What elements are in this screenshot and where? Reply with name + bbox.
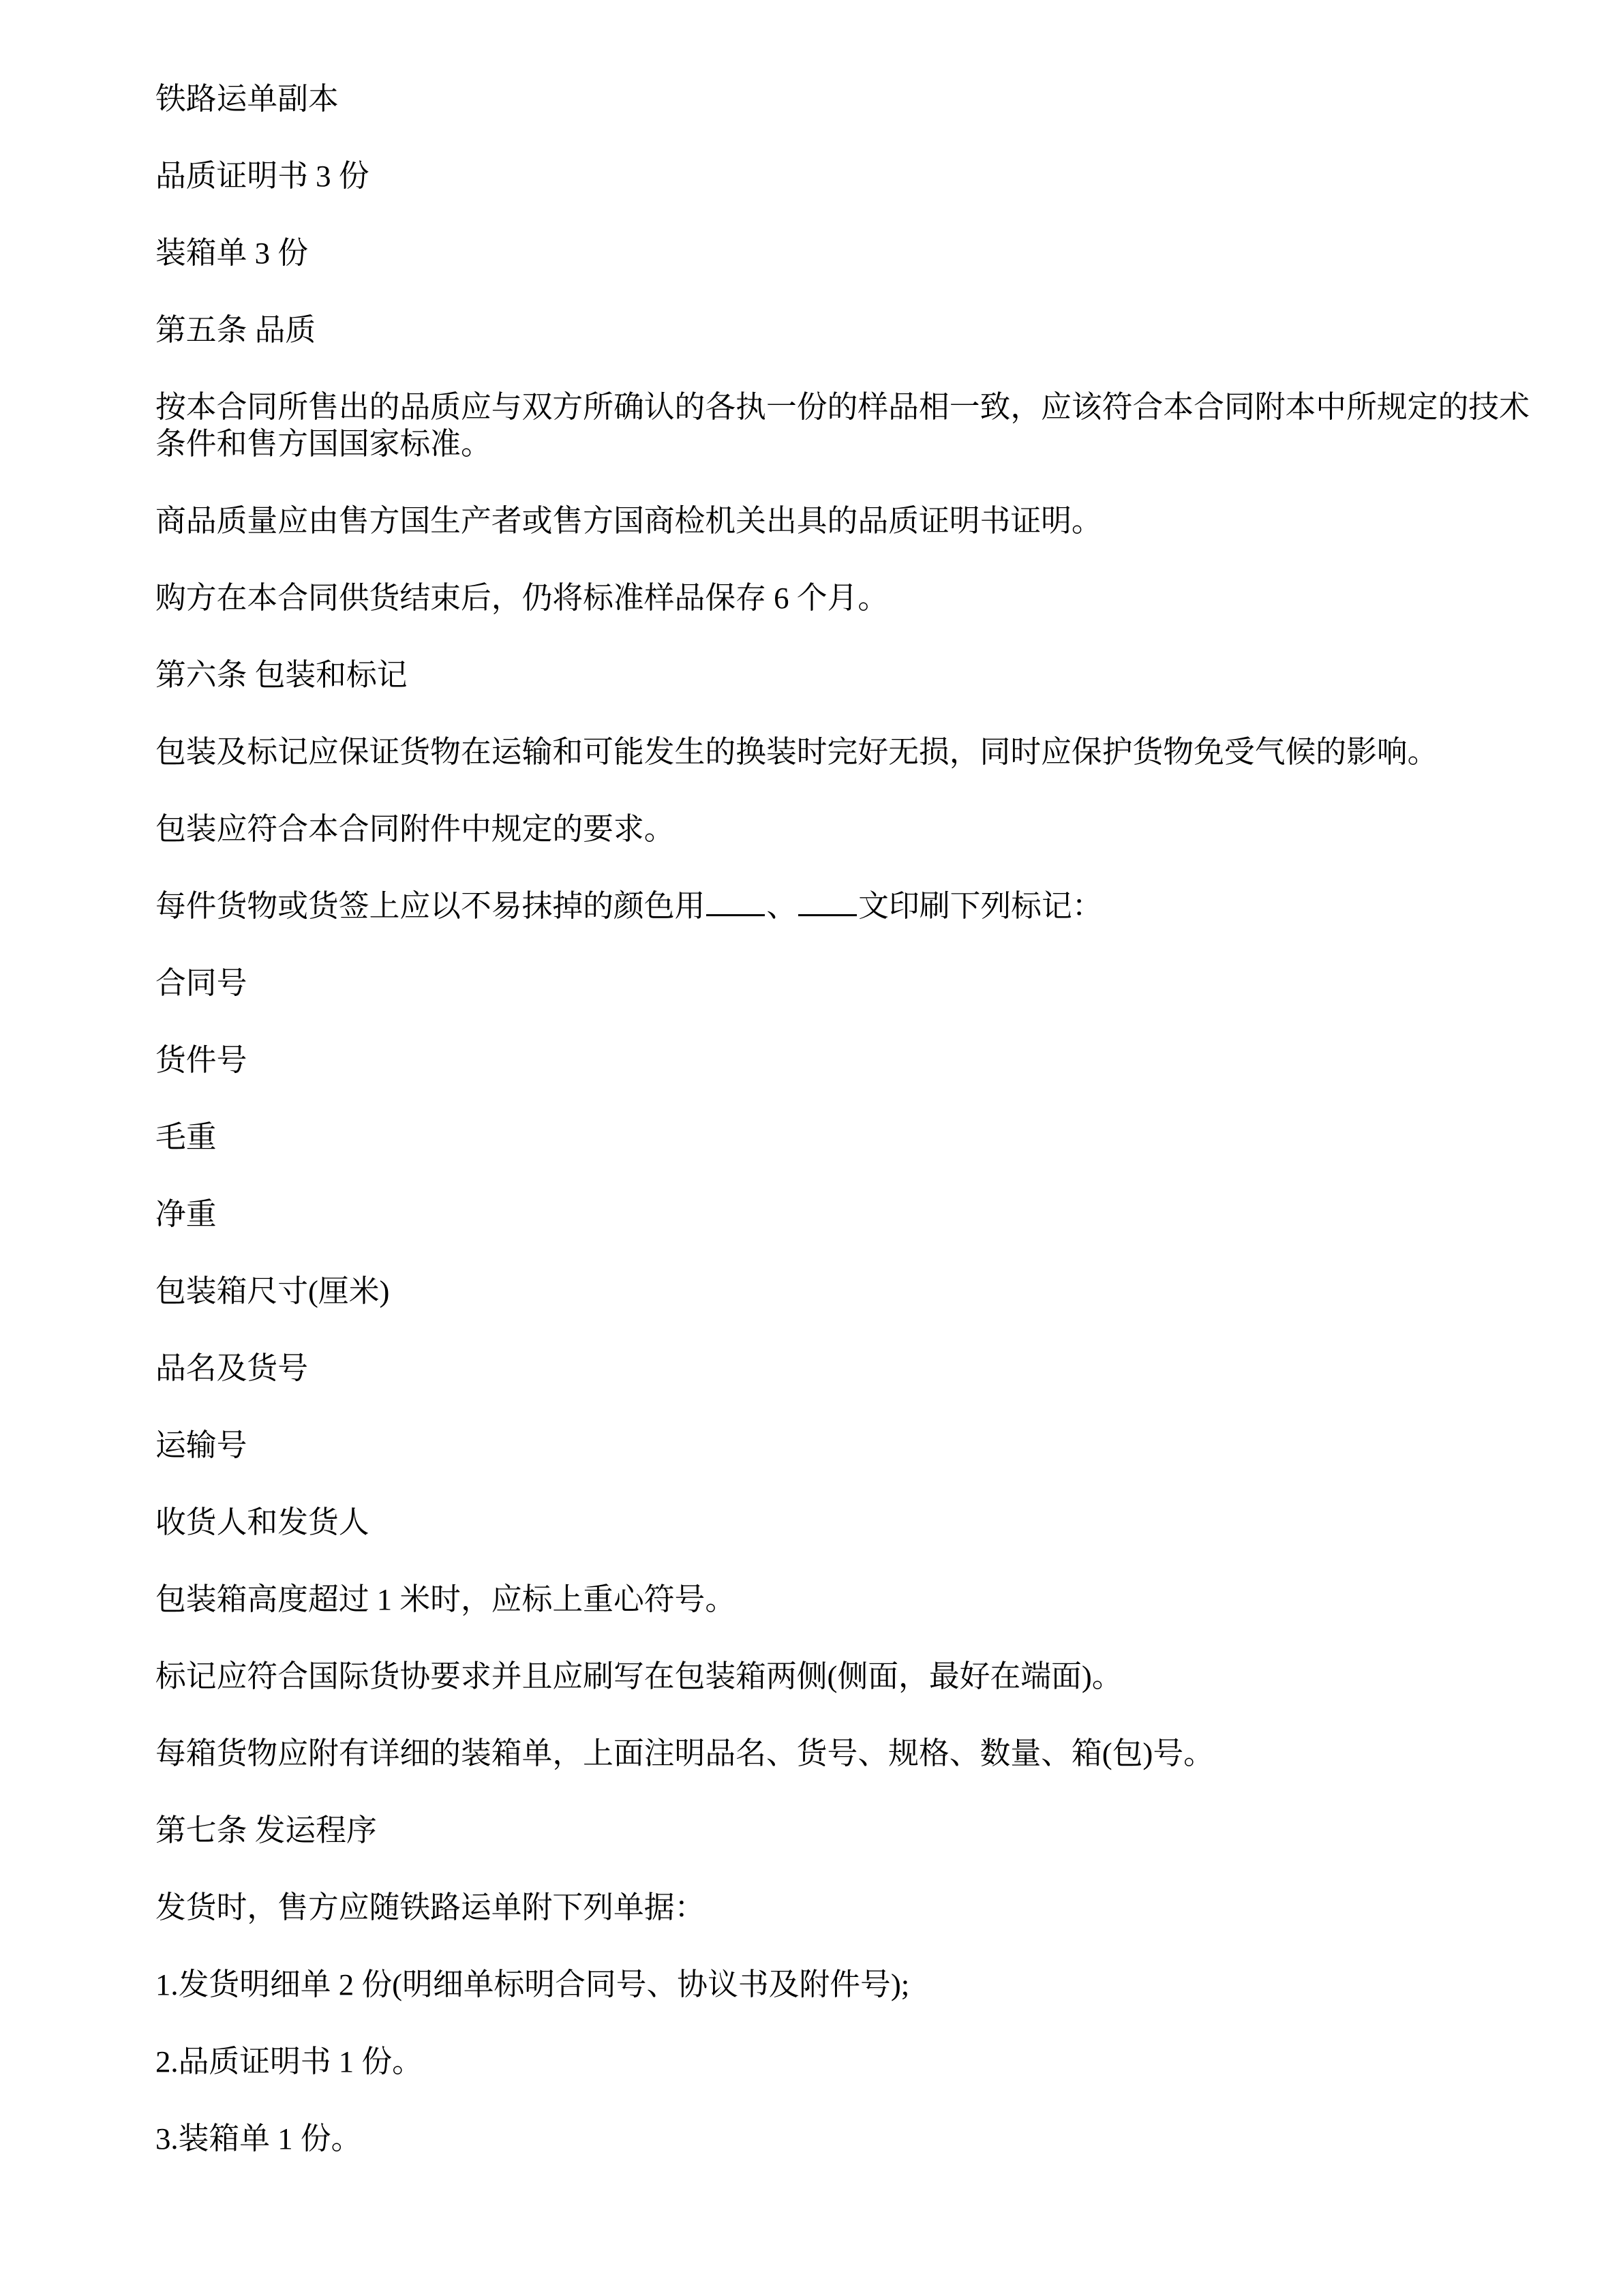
paragraph-railway-waybill-copy: 铁路运单副本 xyxy=(155,80,1539,117)
marking-item-box-dimensions: 包装箱尺寸(厘米) xyxy=(155,1273,1539,1310)
marking-item-transport-number: 运输号 xyxy=(155,1427,1539,1464)
paragraph-center-of-gravity: 包装箱高度超过 1 米时，应标上重心符号。 xyxy=(155,1581,1539,1618)
blank-field-1 xyxy=(706,913,765,916)
marking-item-contract-number: 合同号 xyxy=(155,965,1539,1001)
paragraph-sample-retention: 购方在本合同供货结束后，仍将标准样品保存 6 个月。 xyxy=(155,579,1539,616)
paragraph-shipping-documents-intro: 发货时，售方应随铁路运单附下列单据： xyxy=(155,1889,1539,1926)
list-item-quality-certificate: 2.品质证明书 1 份。 xyxy=(155,2043,1539,2080)
marking-item-consignee-consignor: 收货人和发货人 xyxy=(155,1504,1539,1541)
list-item-shipping-details: 1.发货明细单 2 份(明细单标明合同号、协议书及附件号); xyxy=(155,1966,1539,2003)
marking-separator: 、 xyxy=(766,889,797,923)
paragraph-marking-instructions: 每件货物或货签上应以不易抹掉的颜色用、文印刷下列标记： xyxy=(155,888,1539,924)
marking-item-cargo-number: 货件号 xyxy=(155,1042,1539,1078)
marking-item-net-weight: 净重 xyxy=(155,1196,1539,1233)
marking-text-before: 每件货物或货签上应以不易抹掉的颜色用 xyxy=(155,889,705,923)
paragraph-quality-certificate-3: 品质证明书 3 份 xyxy=(155,157,1539,194)
article-5-heading: 第五条 品质 xyxy=(155,312,1539,348)
paragraph-quality-sample: 按本合同所售出的品质应与双方所确认的各执一份的样品相一致，应该符合本合同附本中所… xyxy=(155,389,1539,462)
article-7-heading: 第七条 发运程序 xyxy=(155,1812,1539,1849)
marking-item-gross-weight: 毛重 xyxy=(155,1119,1539,1155)
paragraph-quality-proof: 商品质量应由售方国生产者或售方国商检机关出具的品质证明书证明。 xyxy=(155,502,1539,539)
list-item-packing-list: 3.装箱单 1 份。 xyxy=(155,2120,1539,2157)
paragraph-packing-list-3: 装箱单 3 份 xyxy=(155,235,1539,271)
marking-item-product-name: 品名及货号 xyxy=(155,1350,1539,1387)
paragraph-packing-requirements: 包装应符合本合同附件中规定的要求。 xyxy=(155,811,1539,847)
paragraph-packing-protection: 包装及标记应保证货物在运输和可能发生的换装时完好无损，同时应保护货物免受气候的影… xyxy=(155,734,1539,770)
marking-text-after: 文印刷下列标记： xyxy=(858,889,1102,923)
paragraph-detailed-packing-list: 每箱货物应附有详细的装箱单，上面注明品名、货号、规格、数量、箱(包)号。 xyxy=(155,1735,1539,1772)
paragraph-marking-placement: 标记应符合国际货协要求并且应刷写在包装箱两侧(侧面，最好在端面)。 xyxy=(155,1658,1539,1695)
article-6-heading: 第六条 包装和标记 xyxy=(155,656,1539,693)
blank-field-2 xyxy=(798,913,857,916)
